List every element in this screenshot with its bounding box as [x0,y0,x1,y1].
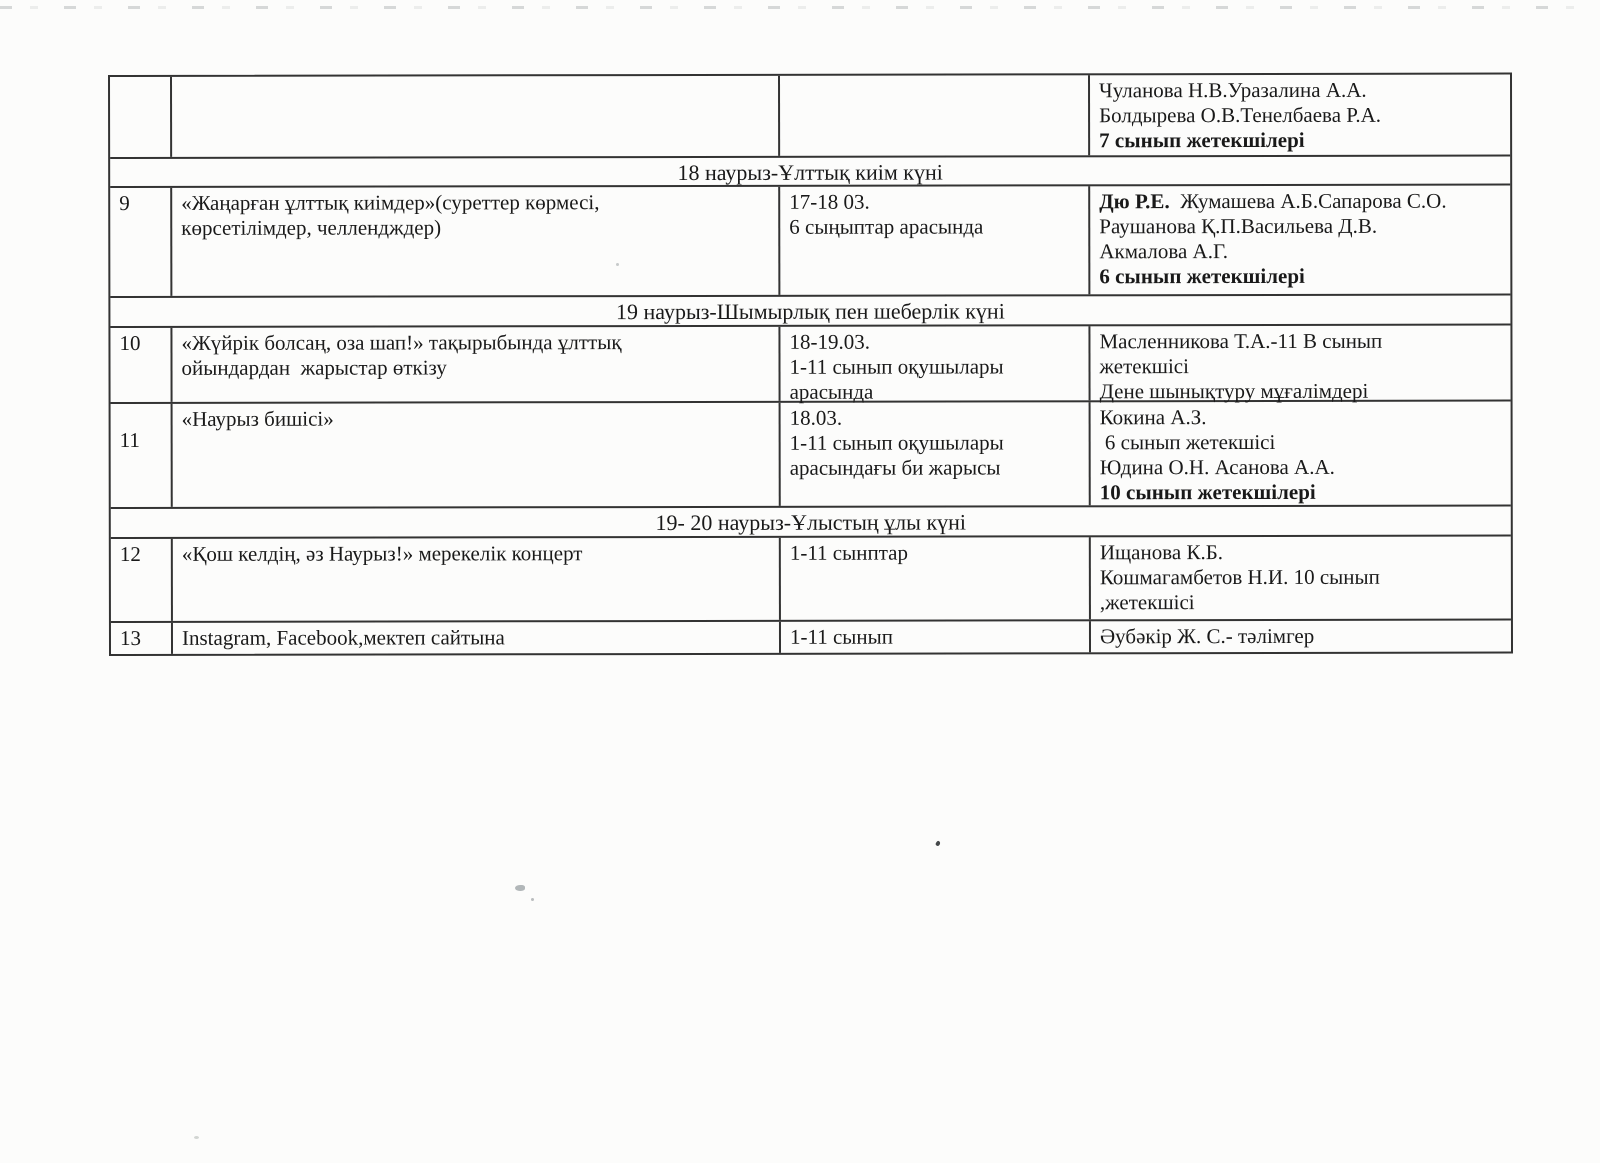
cell-responsible: Әубәкір Ж. С.- тәлімгер [1091,621,1511,653]
text-line: Әубәкір Ж. С.- тәлімгер [1100,624,1502,650]
text-line: Юдина О.Н. Асанова А.А. [1100,455,1502,481]
cell-date-participants: 1-11 сынптар [781,537,1091,620]
cell-row-number: 9 [110,188,172,296]
text-line: көрсетілімдер, челлендждер) [181,215,769,241]
scan-speck [194,1136,199,1139]
cell-date-participants: 17-18 03. 6 сыңыптар арасында [780,186,1090,295]
responsible-lead: Дю Р.Е. [1099,189,1170,213]
cell-date-participants [780,75,1090,156]
text-line: «Жүйрік болсаң, оза шап!» тақырыбында ұл… [181,330,769,356]
text-line: «Жаңарған ұлттық киімдер»(суреттер көрме… [181,190,769,216]
text-line: арасындағы би жарысы [790,455,1080,481]
text-line: Акмалова А.Г. [1099,239,1501,265]
table-row-11: 11 «Наурыз бишісі» 18.03. 1-11 сынып оқу… [111,402,1511,509]
section-title: 18 наурыз-Ұлттық киім күні [110,157,1510,186]
text-line: жетекшісі [1099,354,1501,380]
responsible-lead-rest: Жумашева А.Б.Сапарова С.О. [1170,189,1447,213]
text-line: 6 сынып жетекшілері [1099,264,1501,290]
text-line: Кошмагамбетов Н.И. 10 сынып [1100,565,1502,591]
section-title: 19 наурыз-Шымырлық пен шеберлік күні [110,296,1510,325]
text-line: 18.03. [790,405,1080,431]
cell-activity: «Қош келдің, әз Наурыз!» мерекелік конце… [173,538,781,621]
text-line: Масленникова Т.А.-11 В сынып [1099,329,1501,355]
text-line: «Қош келдің, әз Наурыз!» мерекелік конце… [182,541,770,567]
text-line: 1-11 сынып оқушылары [789,354,1079,380]
cell-row-number: 11 [111,404,173,507]
cell-responsible: Кокина А.З. 6 сынып жетекшісі Юдина О.Н.… [1091,402,1511,506]
cell-date-participants: 1-11 сынып [781,621,1091,653]
cell-row-number [110,77,172,157]
scanned-document-page: Чуланова Н.В.Уразалина А.А. Болдырева О.… [0,0,1600,1163]
text-line: 10 сынып жетекшілері [1100,480,1502,506]
section-row-19-march: 19 наурыз-Шымырлық пен шеберлік күні [110,296,1510,328]
cell-responsible: Масленникова Т.А.-11 В сынып жетекшісі Д… [1090,326,1510,401]
text-line: 6 сыңыптар арасында [789,214,1079,240]
cell-activity: «Жаңарған ұлттық киімдер»(суреттер көрме… [172,187,780,296]
text-line: 6 сынып жетекшісі [1100,430,1502,456]
scan-speck [515,885,525,891]
cell-activity: Instagram, Facebook,мектеп сайтына [173,622,781,654]
table-row-carryover: Чуланова Н.В.Уразалина А.А. Болдырева О.… [110,75,1510,159]
text-line: «Наурыз бишісі» [182,406,770,432]
cell-responsible: Чуланова Н.В.Уразалина А.А. Болдырева О.… [1090,75,1510,156]
scan-speck [531,898,534,901]
cell-responsible: Дю Р.Е. Жумашева А.Б.Сапарова С.О. Рауша… [1090,186,1510,295]
text-line: 18-19.03. [789,329,1079,355]
text-line: Болдырева О.В.Тенелбаева Р.А. [1099,103,1501,129]
row-number: 10 [119,331,161,356]
table-row-10: 10 «Жүйрік болсаң, оза шап!» тақырыбында… [110,326,1510,404]
cell-responsible: Ищанова К.Б. Кошмагамбетов Н.И. 10 сынып… [1091,537,1511,620]
cell-row-number: 12 [111,539,173,621]
table-row-9: 9 «Жаңарған ұлттық киімдер»(суреттер көр… [110,186,1510,298]
cell-date-participants: 18.03. 1-11 сынып оқушылары арасындағы б… [781,402,1091,506]
text-line: Чуланова Н.В.Уразалина А.А. [1099,78,1501,104]
row-number: 9 [119,191,161,216]
text-line: арасында [790,379,1080,405]
cell-date-participants: 18-19.03. 1-11 сынып оқушылары арасында [780,326,1090,401]
cell-row-number: 13 [111,623,173,654]
table-row-13: 13 Instagram, Facebook,мектеп сайтына 1-… [111,621,1511,654]
cell-activity [172,76,780,157]
cell-activity: «Наурыз бишісі» [173,403,781,507]
section-title: 19- 20 наурыз-Ұлыстың ұлы күні [111,507,1511,536]
text-line: 17-18 03. [789,189,1079,215]
row-number: 13 [120,626,162,651]
section-row-19-20-march: 19- 20 наурыз-Ұлыстың ұлы күні [111,507,1511,539]
text-line: Дене шынықтуру мұғалімдері [1100,379,1502,405]
text-line: 7 сынып жетекшілері [1099,128,1501,154]
row-number: 12 [120,542,162,567]
events-plan-table: Чуланова Н.В.Уразалина А.А. Болдырева О.… [108,73,1513,656]
table-row-12: 12 «Қош келдің, әз Наурыз!» мерекелік ко… [111,537,1511,623]
text-line: Ищанова К.Б. [1100,540,1502,566]
text-line: 1-11 сынып оқушылары [790,430,1080,456]
scan-speck [935,840,941,846]
text-line: Дю Р.Е. Жумашева А.Б.Сапарова С.О. [1099,189,1501,215]
section-row-18-march: 18 наурыз-Ұлттық киім күні [110,157,1510,188]
text-line: 1-11 сынптар [790,540,1080,566]
text-line: ойындардан жарыстар өткізу [181,355,769,381]
text-line: Instagram, Facebook,мектеп сайтына [182,625,770,651]
cell-row-number: 10 [110,328,172,402]
text-line: Кокина А.З. [1100,405,1502,431]
cell-activity: «Жүйрік болсаң, оза шап!» тақырыбында ұл… [172,327,780,402]
text-line: Раушанова Қ.П.Васильева Д.В. [1099,214,1501,240]
scan-artifact-top-edge [0,6,1600,9]
row-number: 11 [120,428,162,453]
text-line: ,жетекшісі [1100,590,1502,616]
text-line: 1-11 сынып [790,624,1080,650]
